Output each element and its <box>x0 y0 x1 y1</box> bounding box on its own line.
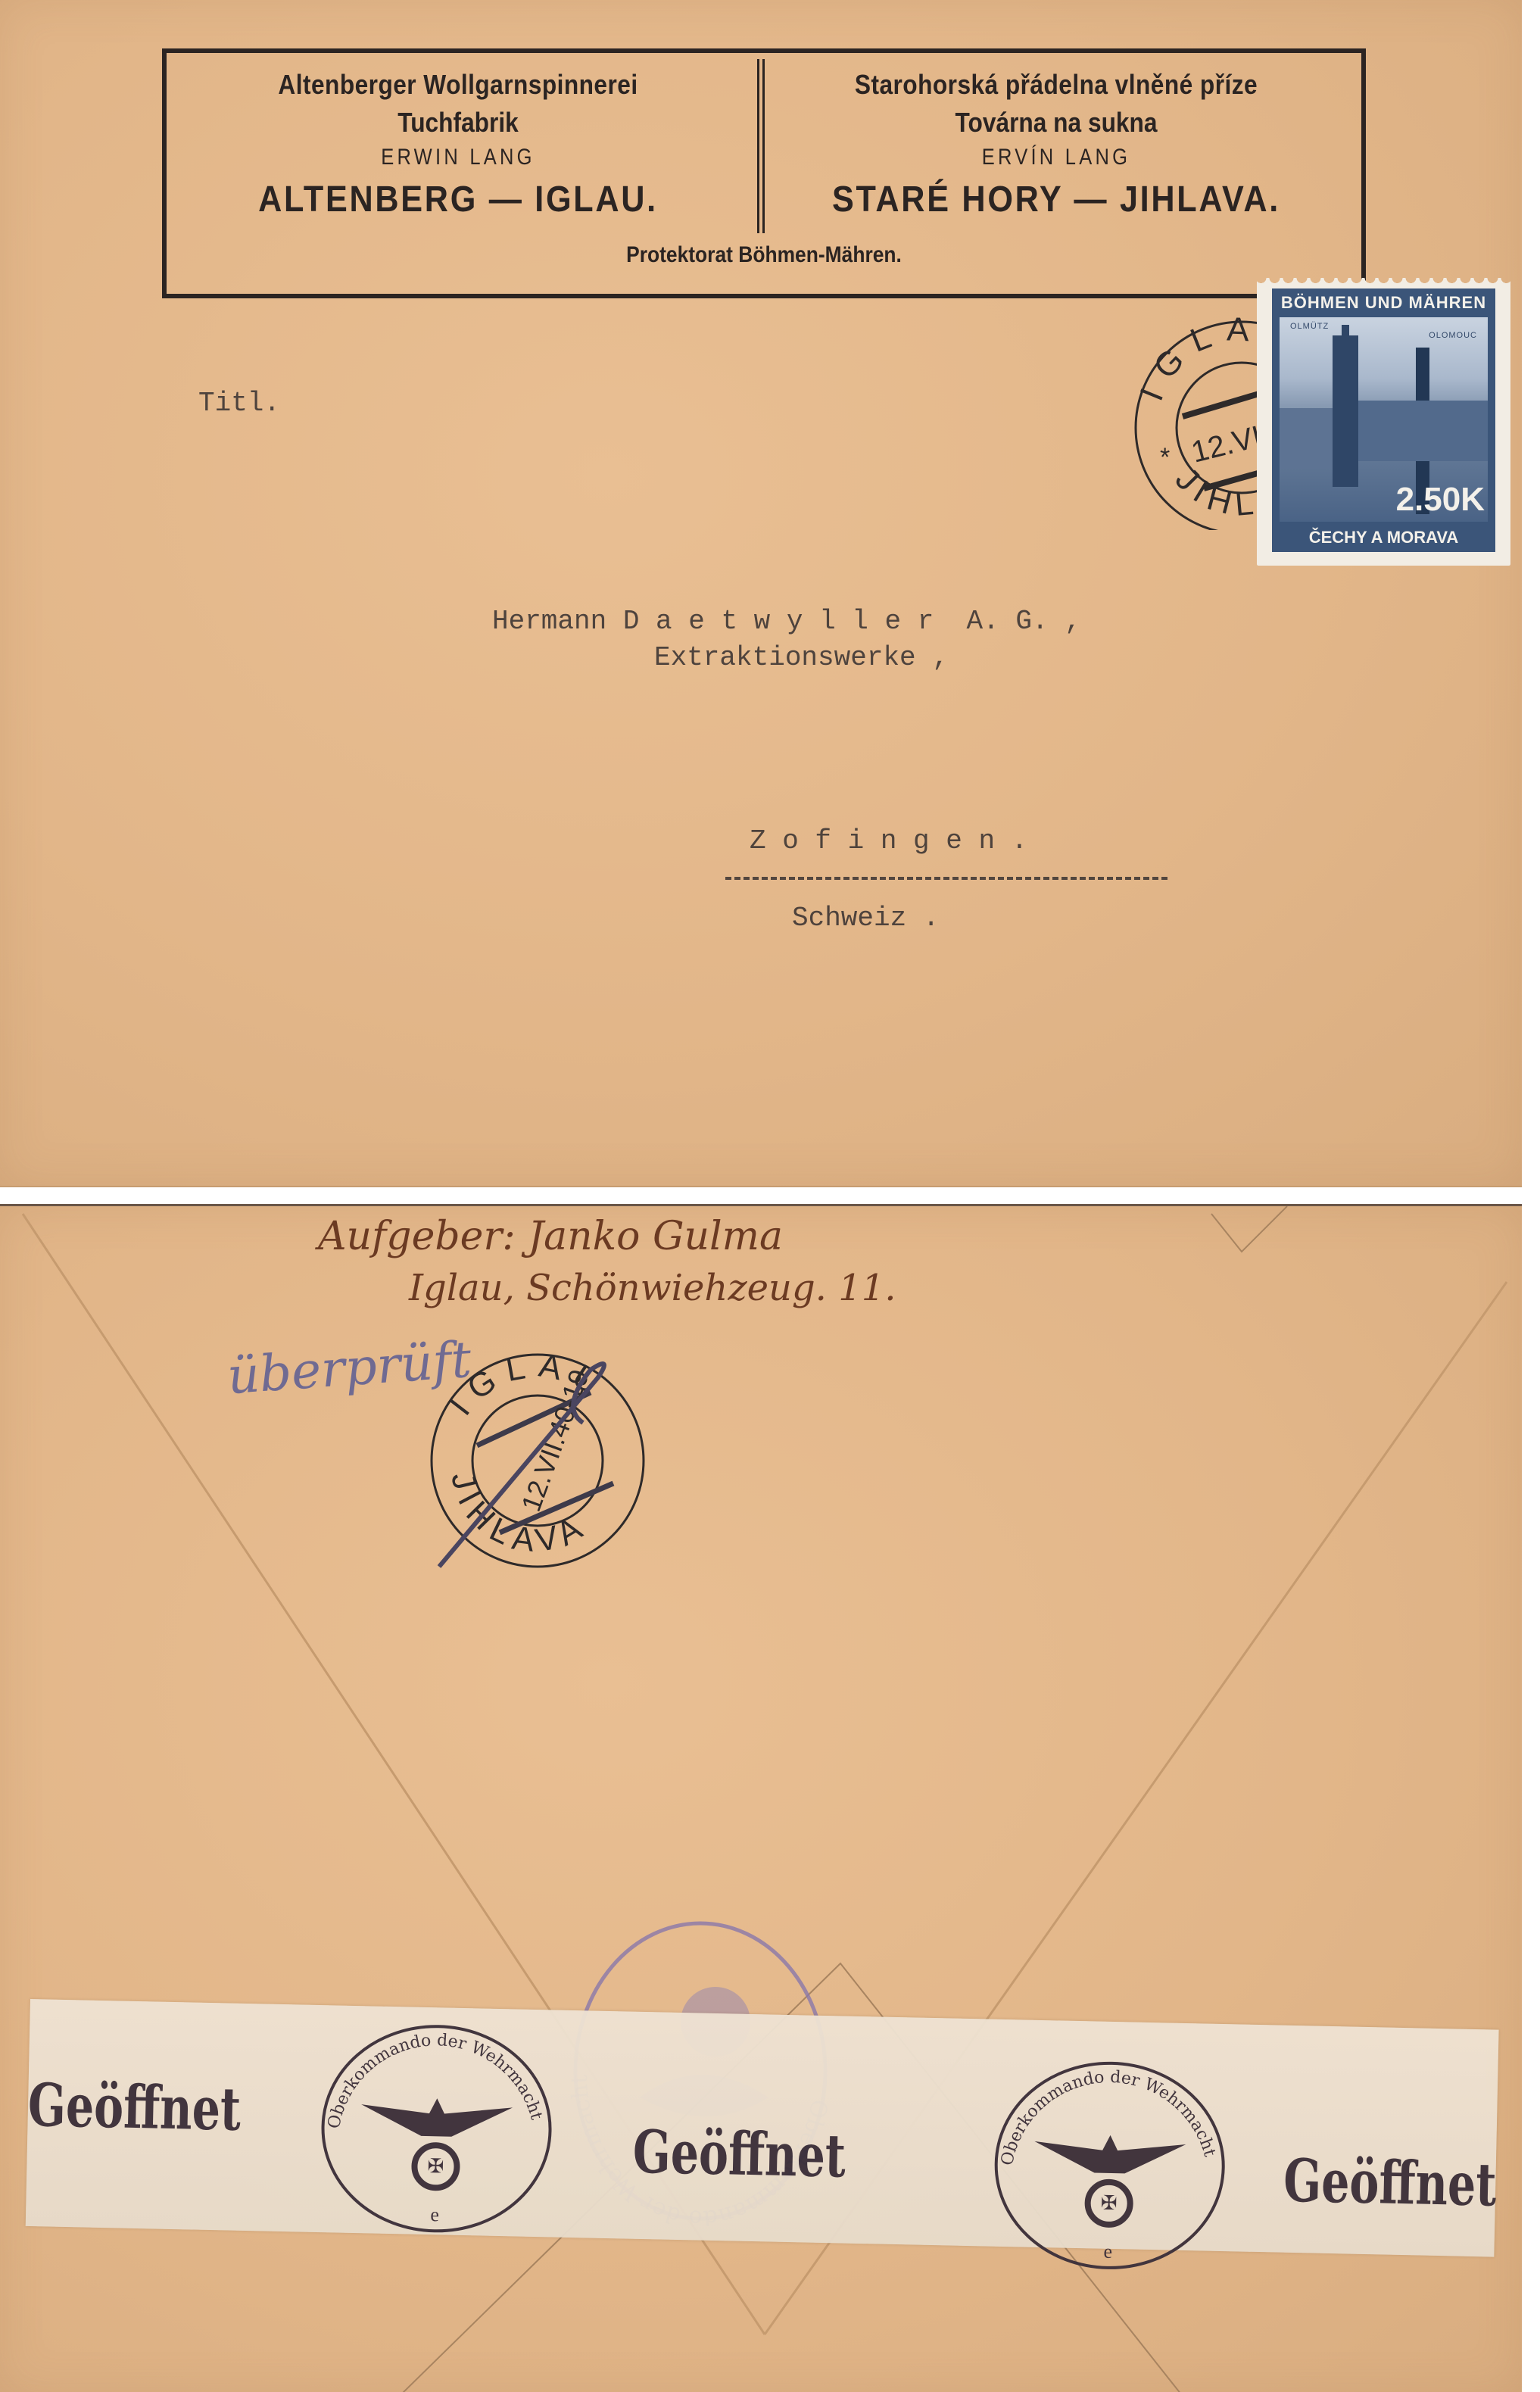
tower-spire <box>1342 325 1349 340</box>
company-name-de: Altenberger Wollgarnspinnerei <box>201 67 715 103</box>
address-line-1: Hermann D a e t w y l l e r A. G. , <box>492 606 1081 637</box>
sender-line-2: Iglau, Schönwiehzeug. 11. <box>409 1267 896 1309</box>
svg-text:12.VII.40-19: 12.VII.40-19 <box>515 1365 595 1515</box>
eagle-seal-2: Oberkommando der Wehrmacht ✠ e <box>987 2057 1233 2278</box>
letterhead-czech: Starohorská přádelna vlněné příze Továrn… <box>765 67 1348 227</box>
letterhead-divider <box>757 59 765 233</box>
address-dashed-rule <box>725 877 1167 880</box>
location-de: ALTENBERG — IGLAU. <box>196 173 721 227</box>
letterhead: Altenberger Wollgarnspinnerei Tuchfabrik… <box>162 48 1366 298</box>
address-line-2: Extraktionswerke , <box>654 642 949 673</box>
owner-name-cz: ERVÍN LANG <box>809 142 1305 173</box>
eagle-seal-1: Oberkommando der Wehrmacht ✠ e <box>313 2020 560 2241</box>
address-city: Z o f i n g e n . <box>750 825 1027 856</box>
tape-word-geoeffnet-1: Geöffnet <box>27 2071 242 2144</box>
building-left <box>1280 408 1333 469</box>
svg-text:JIHLAVA: JIHLAVA <box>444 1468 594 1559</box>
stamp-country-cz: ČECHY A MORAVA <box>1272 528 1495 547</box>
svg-text:*: * <box>1160 443 1170 472</box>
svg-text:✠: ✠ <box>427 2155 444 2177</box>
svg-text:e: e <box>430 2203 439 2225</box>
stamp-city-cz: OLOMOUC <box>1429 331 1477 340</box>
salutation: Titl. <box>198 388 280 419</box>
company-type-de: Tuchfabrik <box>201 103 715 142</box>
postage-stamp: BÖHMEN UND MÄHREN OLMÜTZ OLOMOUC 2.50K Č… <box>1257 278 1510 566</box>
tape-word-geoeffnet-3: Geöffnet <box>1283 2147 1497 2220</box>
company-type-cz: Továrna na sukna <box>800 103 1313 142</box>
sender-line-1: Aufgeber: Janko Gulma <box>318 1214 783 1259</box>
company-name-cz: Starohorská přádelna vlněné příze <box>800 67 1313 103</box>
town-hall-tower <box>1333 335 1358 487</box>
address-country: Schweiz . <box>792 903 939 934</box>
svg-text:e: e <box>1103 2241 1112 2263</box>
stamp-country-de: BÖHMEN UND MÄHREN <box>1272 288 1495 313</box>
building-row <box>1358 401 1488 461</box>
envelope-front: Altenberger Wollgarnspinnerei Tuchfabrik… <box>0 0 1522 1187</box>
letterhead-german: Altenberger Wollgarnspinnerei Tuchfabrik… <box>167 67 750 227</box>
stamp-frame: BÖHMEN UND MÄHREN OLMÜTZ OLOMOUC 2.50K Č… <box>1272 288 1495 552</box>
owner-name-de: ERWIN LANG <box>210 142 706 173</box>
stamp-value: 2.50K <box>1396 481 1485 519</box>
letterhead-footer: Protektorat Böhmen-Mähren. <box>238 242 1290 268</box>
postmark-back: IGLAU JIHLAVA 12.VII.40-19 <box>424 1347 651 1578</box>
svg-text:✠: ✠ <box>1100 2192 1117 2214</box>
stamp-city-de: OLMÜTZ <box>1290 322 1329 331</box>
tape-word-geoeffnet-2: Geöffnet <box>632 2118 846 2191</box>
location-cz: STARÉ HORY — JIHLAVA. <box>794 173 1319 227</box>
censor-tape: Geöffnet Oberkommando der Wehrmacht ✠ e … <box>26 1999 1499 2257</box>
